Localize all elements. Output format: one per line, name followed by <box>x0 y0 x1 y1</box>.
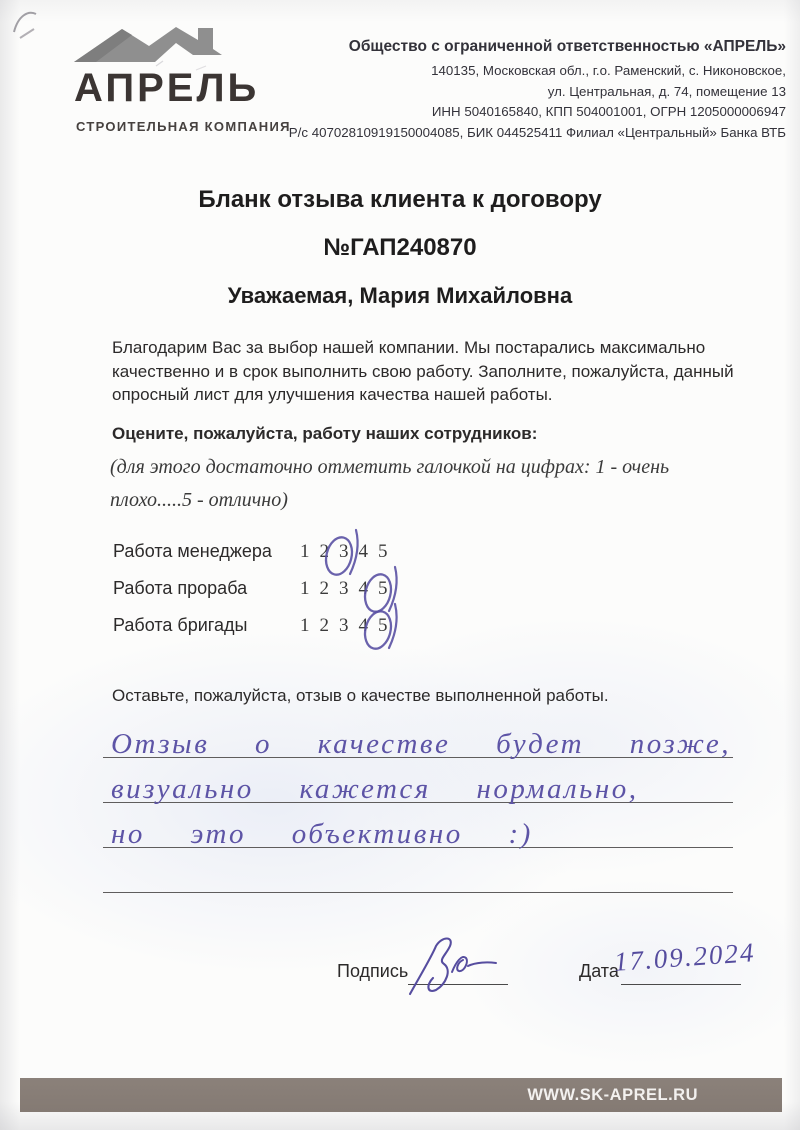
rating-value-2: 2 <box>315 541 335 563</box>
client-salutation: Уважаемая, Мария Михайловна <box>0 283 800 309</box>
rating-row: Работа менеджера12345 <box>113 541 393 578</box>
company-registration-line: ИНН 5040165840, КПП 504001001, ОГРН 1205… <box>286 102 786 123</box>
rating-value-5: 5 <box>373 541 393 563</box>
handwritten-review-text: Отзыв о качестве будет позже, <box>111 728 731 761</box>
handwritten-signature <box>396 934 518 998</box>
rate-note-line2: плохо.....5 - отлично) <box>110 484 710 517</box>
rating-label: Работа бригады <box>113 615 295 636</box>
rating-value-2: 2 <box>315 578 335 600</box>
rating-value-3: 3 <box>334 541 354 563</box>
review-ruled-line: визуально кажется нормально, <box>103 758 733 803</box>
company-bank-line: Р/с 40702810919150004085, БИК 044525411 … <box>286 123 786 144</box>
company-address-line2: ул. Центральная, д. 74, помещение 13 <box>286 82 786 103</box>
company-full-name: Общество с ограниченной ответственностью… <box>286 38 786 56</box>
form-title: Бланк отзыва клиента к договору <box>0 186 800 214</box>
company-address-line1: 140135, Московская обл., г.о. Раменский,… <box>286 61 786 82</box>
handwritten-review-text: но это объективно :) <box>111 818 533 851</box>
rating-row: Работа прораба12345 <box>113 578 393 615</box>
handwritten-review-text: визуально кажется нормально, <box>111 773 638 806</box>
review-ruled-line: но это объективно :) <box>103 803 733 848</box>
company-logo-name: АПРЕЛЬ <box>74 66 259 111</box>
rating-value-4: 4 <box>354 578 374 600</box>
rating-label: Работа менеджера <box>113 541 295 562</box>
rating-row: Работа бригады12345 <box>113 615 393 652</box>
company-logo-subtitle: СТРОИТЕЛЬНАЯ КОМПАНИЯ <box>76 119 291 134</box>
ratings-table: Работа менеджера12345Работа прораба12345… <box>113 541 393 652</box>
rate-instruction-note: (для этого достаточно отметить галочкой … <box>110 451 710 517</box>
date-label: Дата <box>579 961 619 982</box>
intro-paragraph: Благодарим Вас за выбор нашей компании. … <box>112 336 736 407</box>
footer-bar: WWW.SK-APREL.RU <box>20 1078 782 1112</box>
rating-scale: 12345 <box>295 578 393 600</box>
rating-value-1: 1 <box>295 541 315 563</box>
rating-value-4: 4 <box>354 541 374 563</box>
contract-number: №ГАП240870 <box>0 234 800 262</box>
review-ruled-line <box>103 848 733 893</box>
footer-website: WWW.SK-APREL.RU <box>527 1086 782 1105</box>
rating-scale: 12345 <box>295 541 393 563</box>
company-roof-logo-icon <box>72 22 224 68</box>
rating-value-5: 5 <box>373 615 393 637</box>
rate-note-line1: (для этого достаточно отметить галочкой … <box>110 451 710 484</box>
rate-prompt: Оцените, пожалуйста, работу наших сотруд… <box>112 424 537 444</box>
rating-value-1: 1 <box>295 615 315 637</box>
review-ruled-line: Отзыв о качестве будет позже, <box>103 713 733 758</box>
rating-value-5: 5 <box>373 578 393 600</box>
rating-value-3: 3 <box>334 578 354 600</box>
company-details-block: Общество с ограниченной ответственностью… <box>286 38 786 143</box>
rating-value-1: 1 <box>295 578 315 600</box>
rating-value-3: 3 <box>334 615 354 637</box>
rating-scale: 12345 <box>295 615 393 637</box>
scanned-feedback-form: АПРЕЛЬ СТРОИТЕЛЬНАЯ КОМПАНИЯ Общество с … <box>0 0 800 1130</box>
handwritten-review-area: Отзыв о качестве будет позже,визуально к… <box>103 713 733 893</box>
review-prompt: Оставьте, пожалуйста, отзыв о качестве в… <box>112 686 609 706</box>
rating-value-4: 4 <box>354 615 374 637</box>
rating-value-2: 2 <box>315 615 335 637</box>
rating-label: Работа прораба <box>113 578 295 599</box>
